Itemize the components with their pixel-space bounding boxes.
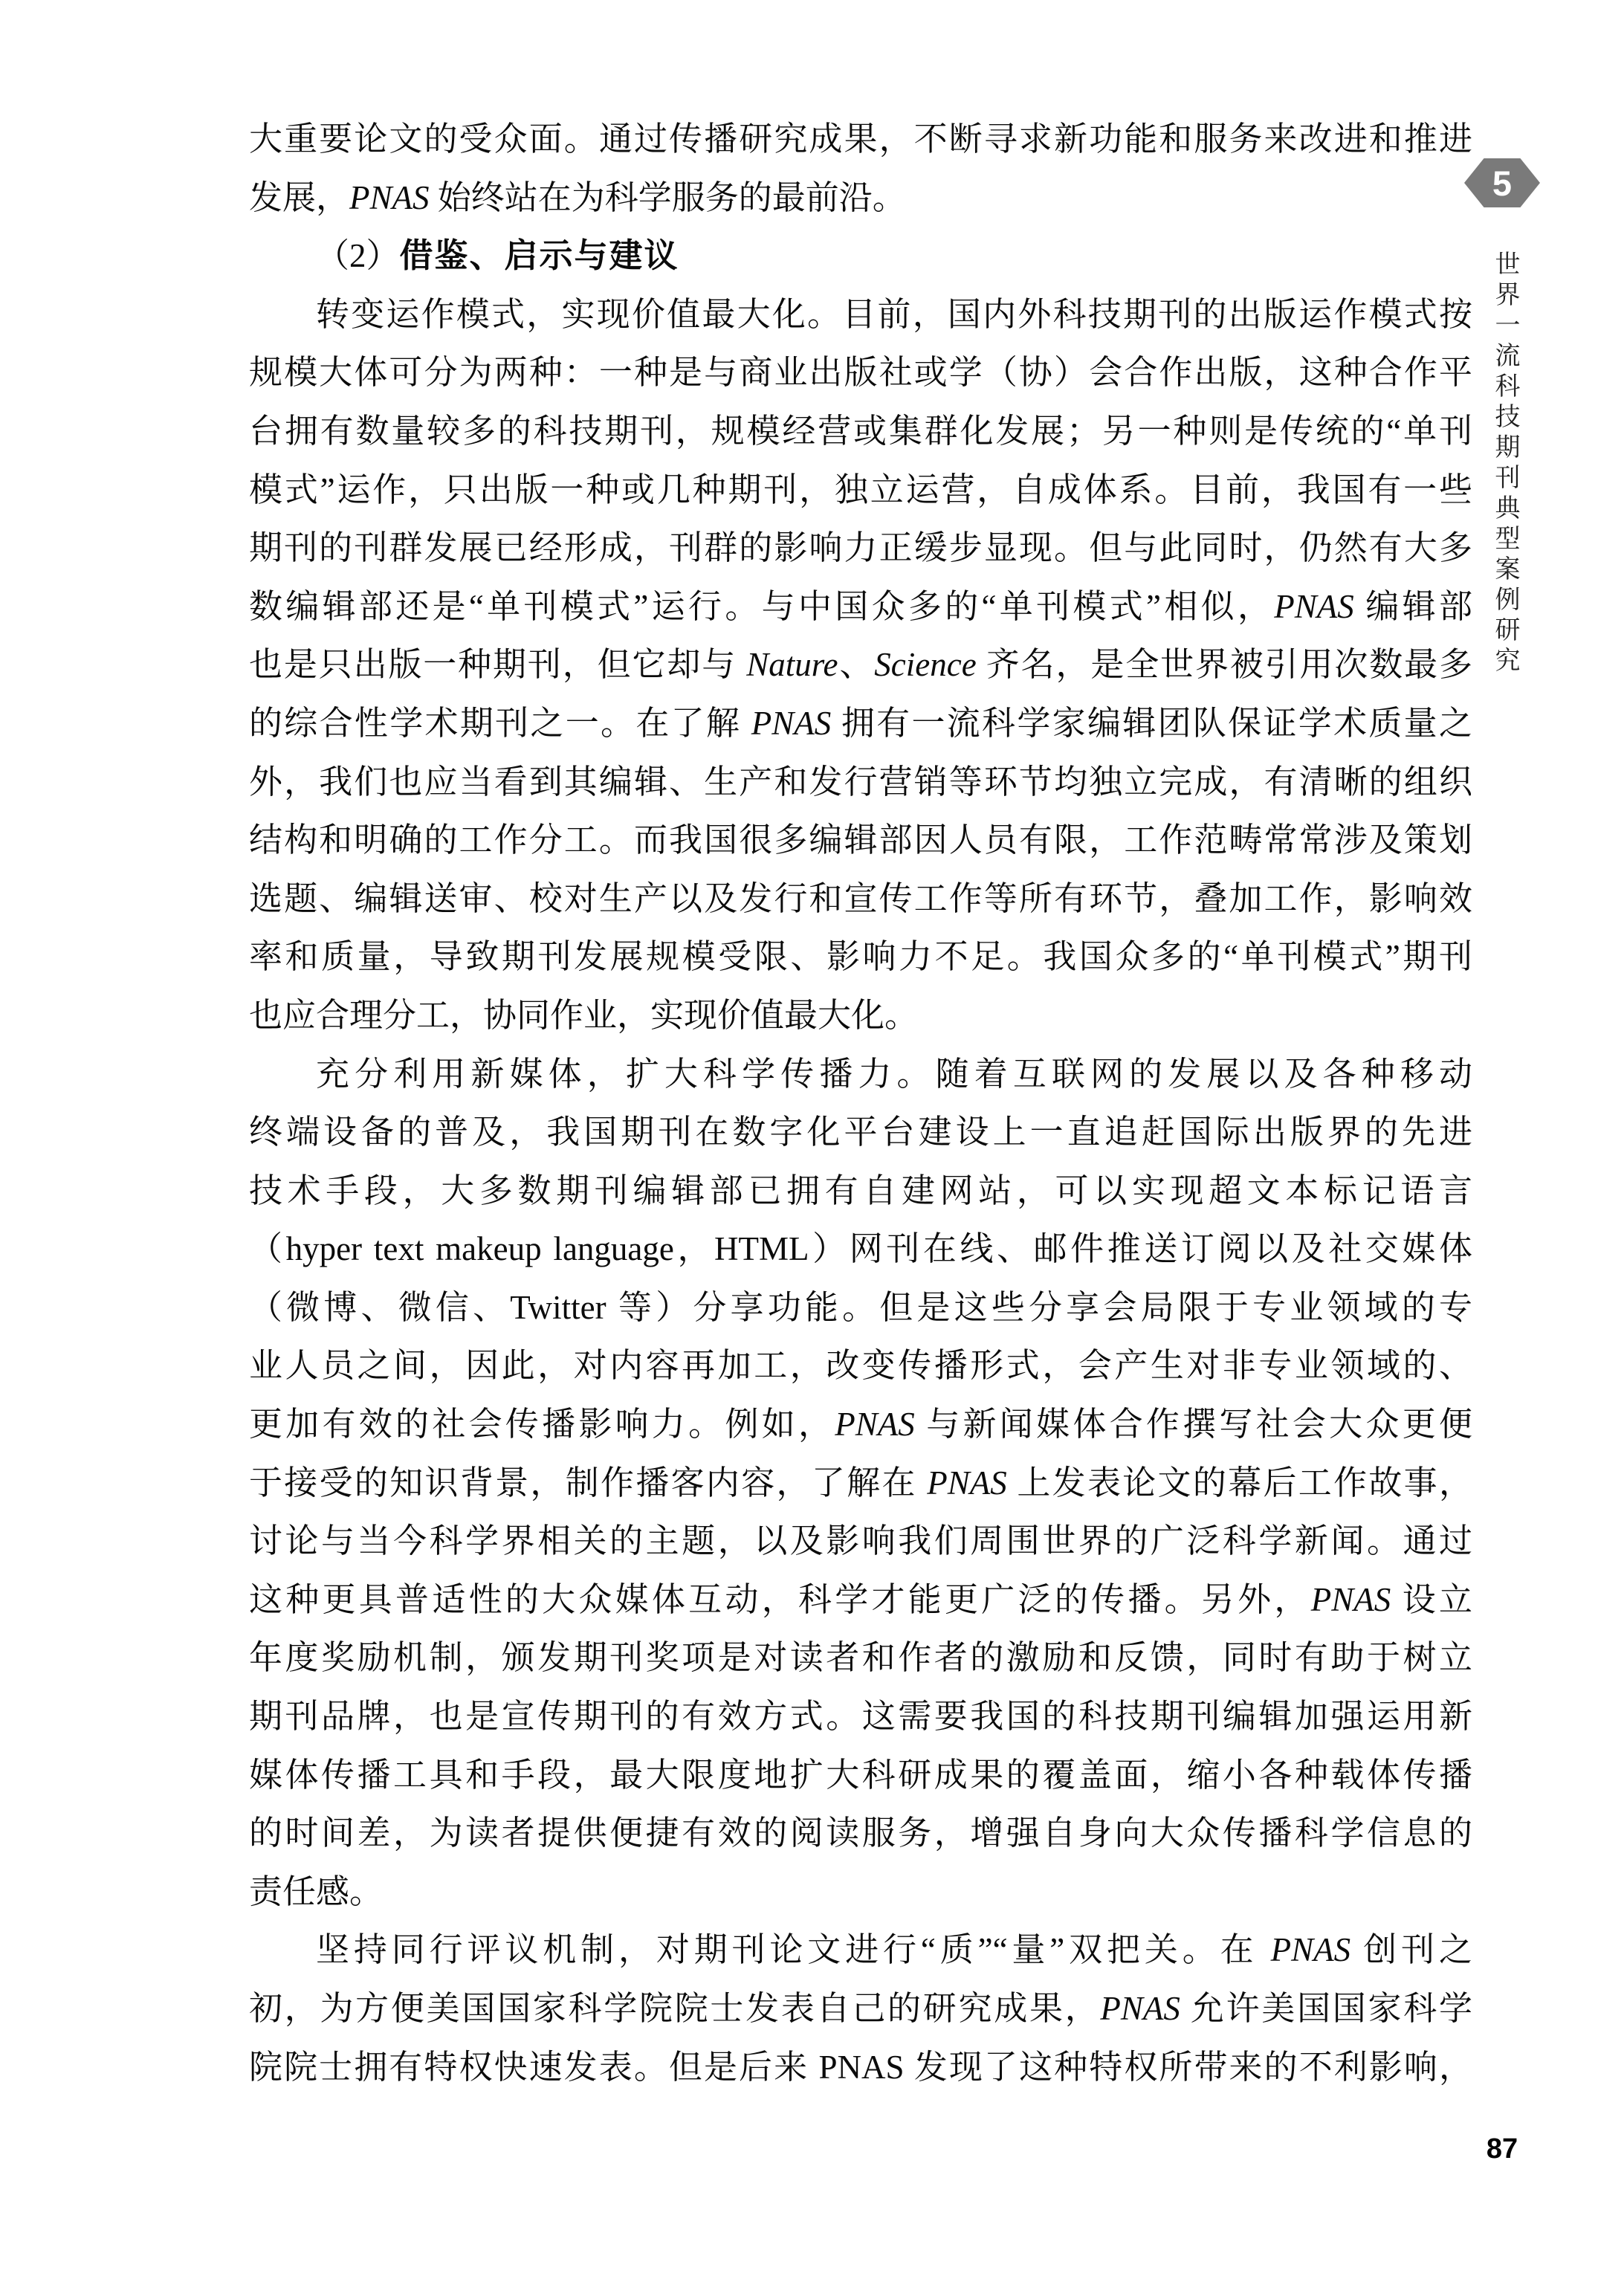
text-segment: 上发表论文的幕后工作故事， [1007, 1464, 1472, 1502]
text-line: 数编辑部还是“单刊模式”运行。与中国众多的“单刊模式”相似，PNAS 编辑部 [249, 578, 1472, 636]
text-segment: 院院士拥有特权快速发表。但是后来 PNAS 发现了这种特权所带来的不利影响， [249, 2049, 1472, 2086]
text-segment: Nature [746, 646, 838, 683]
text-segment: 业人员之间，因此，对内容再加工，改变传播形式，会产生对非专业领域的、 [249, 1347, 1472, 1384]
text-line: 规模大体可分为两种：一种是与商业出版社或学（协）会合作出版，这种合作平 [249, 343, 1472, 402]
text-segment: 责任感。 [249, 1873, 383, 1910]
text-line: 更加有效的社会传播影响力。例如，PNAS 与新闻媒体合作撰写社会大众更便 [249, 1395, 1472, 1454]
text-segment: 也是只出版一种期刊，但它却与 [249, 646, 746, 683]
text-line: 也应合理分工，协同作业，实现价值最大化。 [249, 986, 1472, 1045]
text-line: 终端设备的普及，我国期刊在数字化平台建设上一直追赶国际出版界的先进 [249, 1103, 1472, 1162]
text-segment: PNAS [1311, 1581, 1391, 1618]
text-segment: 结构和明确的工作分工。而我国很多编辑部因人员有限，工作范畴常常涉及策划 [249, 821, 1472, 859]
text-segment: PNAS [835, 1406, 915, 1443]
text-segment: 终端设备的普及，我国期刊在数字化平台建设上一直追赶国际出版界的先进 [249, 1113, 1472, 1151]
text-segment: 也应合理分工，协同作业，实现价值最大化。 [249, 997, 918, 1034]
text-line: 年度奖励机制，颁发期刊奖项是对读者和作者的激励和反馈，同时有助于树立 [249, 1629, 1472, 1687]
text-segment: 技术手段，大多数期刊编辑部已拥有自建网站，可以实现超文本标记语言 [249, 1172, 1472, 1209]
section-heading: （2）借鉴、启示与建议 [249, 227, 1472, 285]
text-line: 也是只出版一种期刊，但它却与 Nature、Science 齐名，是全世界被引用… [249, 636, 1472, 694]
text-line: 发展，PNAS 始终站在为科学服务的最前沿。 [249, 169, 1472, 227]
text-segment: 于接受的知识背景，制作播客内容，了解在 [249, 1464, 927, 1502]
text-segment: 坚持同行评议机制，对期刊论文进行“质”“量”双把关。在 [316, 1931, 1271, 1968]
text-line: 责任感。 [249, 1863, 1472, 1921]
text-segment: 拥有一流科学家编辑团队保证学术质量之 [831, 705, 1472, 742]
text-segment: 媒体传播工具和手段，最大限度地扩大科研成果的覆盖面，缩小各种载体传播 [249, 1756, 1472, 1794]
text-segment: （hyper text makeup language，HTML）网刊在线、邮件… [249, 1230, 1472, 1267]
text-segment: 转变运作模式，实现价值最大化。目前，国内外科技期刊的出版运作模式按 [316, 296, 1472, 333]
text-line: 业人员之间，因此，对内容再加工，改变传播形式，会产生对非专业领域的、 [249, 1336, 1472, 1395]
text-segment: 始终站在为科学服务的最前沿。 [430, 179, 906, 216]
text-segment: 外，我们也应当看到其编辑、生产和发行营销等环节均独立完成，有清晰的组织 [249, 763, 1472, 801]
text-segment: 编辑部 [1354, 588, 1472, 625]
text-segment: 规模大体可分为两种：一种是与商业出版社或学（协）会合作出版，这种合作平 [249, 354, 1472, 391]
text-segment: 大重要论文的受众面。通过传播研究成果，不断寻求新功能和服务来改进和推进 [249, 120, 1472, 158]
page-number: 87 [1474, 2133, 1530, 2165]
text-line: 大重要论文的受众面。通过传播研究成果，不断寻求新功能和服务来改进和推进 [249, 110, 1472, 169]
text-segment: 模式”运作，只出版一种或几种期刊，独立运营，自成体系。目前，我国有一些 [249, 471, 1472, 508]
text-line: 媒体传播工具和手段，最大限度地扩大科研成果的覆盖面，缩小各种载体传播 [249, 1746, 1472, 1805]
text-line: 讨论与当今科学界相关的主题，以及影响我们周围世界的广泛科学新闻。通过 [249, 1512, 1472, 1571]
text-line: 选题、编辑送审、校对生产以及发行和宣传工作等所有环节，叠加工作，影响效 [249, 870, 1472, 928]
text-line: 于接受的知识背景，制作播客内容，了解在 PNAS 上发表论文的幕后工作故事， [249, 1454, 1472, 1513]
text-segment: 台拥有数量较多的科技期刊，规模经营或集群化发展；另一种则是传统的“单刊 [249, 413, 1472, 450]
chapter-badge: 5 [1464, 158, 1540, 207]
text-line: 结构和明确的工作分工。而我国很多编辑部因人员有限，工作范畴常常涉及策划 [249, 811, 1472, 870]
text-line: 初，为方便美国国家科学院院士发表自己的研究成果，PNAS 允许美国国家科学 [249, 1979, 1472, 2038]
text-segment: 创刊之 [1350, 1931, 1472, 1968]
text-line: 率和质量，导致期刊发展规模受限、影响力不足。我国众多的“单刊模式”期刊 [249, 928, 1472, 986]
text-line: 模式”运作，只出版一种或几种期刊，独立运营，自成体系。目前，我国有一些 [249, 461, 1472, 520]
text-line: 期刊品牌，也是宣传期刊的有效方式。这需要我国的科技期刊编辑加强运用新 [249, 1687, 1472, 1746]
text-line: 转变运作模式，实现价值最大化。目前，国内外科技期刊的出版运作模式按 [249, 285, 1472, 344]
text-line: 这种更具普适性的大众媒体互动，科学才能更广泛的传播。另外，PNAS 设立 [249, 1571, 1472, 1629]
text-segment: 选题、编辑送审、校对生产以及发行和宣传工作等所有环节，叠加工作，影响效 [249, 880, 1472, 917]
text-segment: 的综合性学术期刊之一。在了解 [249, 705, 751, 742]
text-segment: 借鉴、启示与建议 [400, 236, 679, 274]
text-segment: 期刊的刊群发展已经形成，刊群的影响力正缓步显现。但与此同时，仍然有大多 [249, 529, 1472, 566]
text-segment: 数编辑部还是“单刊模式”运行。与中国众多的“单刊模式”相似， [249, 588, 1274, 625]
text-segment: PNAS [751, 705, 832, 742]
text-segment: 期刊品牌，也是宣传期刊的有效方式。这需要我国的科技期刊编辑加强运用新 [249, 1698, 1472, 1735]
sidebar-caption: 世界一流科技期刊典型案例研究 [1486, 250, 1523, 677]
text-segment: Science [874, 646, 976, 683]
text-segment: （微博、微信、Twitter 等）分享功能。但是这些分享会局限于专业领域的专 [249, 1289, 1472, 1326]
text-line: 技术手段，大多数期刊编辑部已拥有自建网站，可以实现超文本标记语言 [249, 1162, 1472, 1221]
text-line: 的综合性学术期刊之一。在了解 PNAS 拥有一流科学家编辑团队保证学术质量之 [249, 694, 1472, 753]
body-text: 大重要论文的受众面。通过传播研究成果，不断寻求新功能和服务来改进和推进发展，PN… [249, 110, 1472, 2096]
text-segment: PNAS [349, 179, 430, 216]
text-segment: 这种更具普适性的大众媒体互动，科学才能更广泛的传播。另外， [249, 1581, 1311, 1618]
text-segment: PNAS [1274, 588, 1354, 625]
text-segment: 设立 [1391, 1581, 1472, 1618]
text-segment: 、 [838, 646, 875, 683]
text-segment: 与新闻媒体合作撰写社会大众更便 [915, 1406, 1472, 1443]
text-line: 期刊的刊群发展已经形成，刊群的影响力正缓步显现。但与此同时，仍然有大多 [249, 519, 1472, 578]
text-line: （微博、微信、Twitter 等）分享功能。但是这些分享会局限于专业领域的专 [249, 1279, 1472, 1337]
text-segment: 允许美国国家科学 [1180, 1990, 1472, 2027]
text-segment: 年度奖励机制，颁发期刊奖项是对读者和作者的激励和反馈，同时有助于树立 [249, 1639, 1472, 1676]
text-line: 坚持同行评议机制，对期刊论文进行“质”“量”双把关。在 PNAS 创刊之 [249, 1921, 1472, 1979]
text-segment: 更加有效的社会传播影响力。例如， [249, 1406, 835, 1443]
text-line: 台拥有数量较多的科技期刊，规模经营或集群化发展；另一种则是传统的“单刊 [249, 402, 1472, 461]
text-line: （hyper text makeup language，HTML）网刊在线、邮件… [249, 1220, 1472, 1279]
text-segment: 充分利用新媒体，扩大科学传播力。随着互联网的发展以及各种移动 [316, 1056, 1472, 1093]
text-segment: 率和质量，导致期刊发展规模受限、影响力不足。我国众多的“单刊模式”期刊 [249, 938, 1472, 975]
text-segment: 齐名，是全世界被引用次数最多 [977, 646, 1472, 683]
text-line: 充分利用新媒体，扩大科学传播力。随着互联网的发展以及各种移动 [249, 1045, 1472, 1104]
text-line: 院院士拥有特权快速发表。但是后来 PNAS 发现了这种特权所带来的不利影响， [249, 2038, 1472, 2097]
text-segment: 初，为方便美国国家科学院院士发表自己的研究成果， [249, 1990, 1100, 2027]
text-segment: 讨论与当今科学界相关的主题，以及影响我们周围世界的广泛科学新闻。通过 [249, 1522, 1472, 1559]
text-segment: PNAS [1100, 1990, 1180, 2027]
text-segment: 的时间差，为读者提供便捷有效的阅读服务，增强自身向大众传播科学信息的 [249, 1814, 1472, 1852]
text-segment: 发展， [249, 179, 349, 216]
chapter-number: 5 [1492, 166, 1512, 201]
text-line: 外，我们也应当看到其编辑、生产和发行营销等环节均独立完成，有清晰的组织 [249, 753, 1472, 812]
text-segment: PNAS [1271, 1931, 1351, 1968]
text-line: 的时间差，为读者提供便捷有效的阅读服务，增强自身向大众传播科学信息的 [249, 1804, 1472, 1863]
text-segment: PNAS [927, 1464, 1007, 1502]
text-segment: （2） [316, 237, 400, 274]
page: 大重要论文的受众面。通过传播研究成果，不断寻求新功能和服务来改进和推进发展，PN… [0, 0, 1624, 2282]
